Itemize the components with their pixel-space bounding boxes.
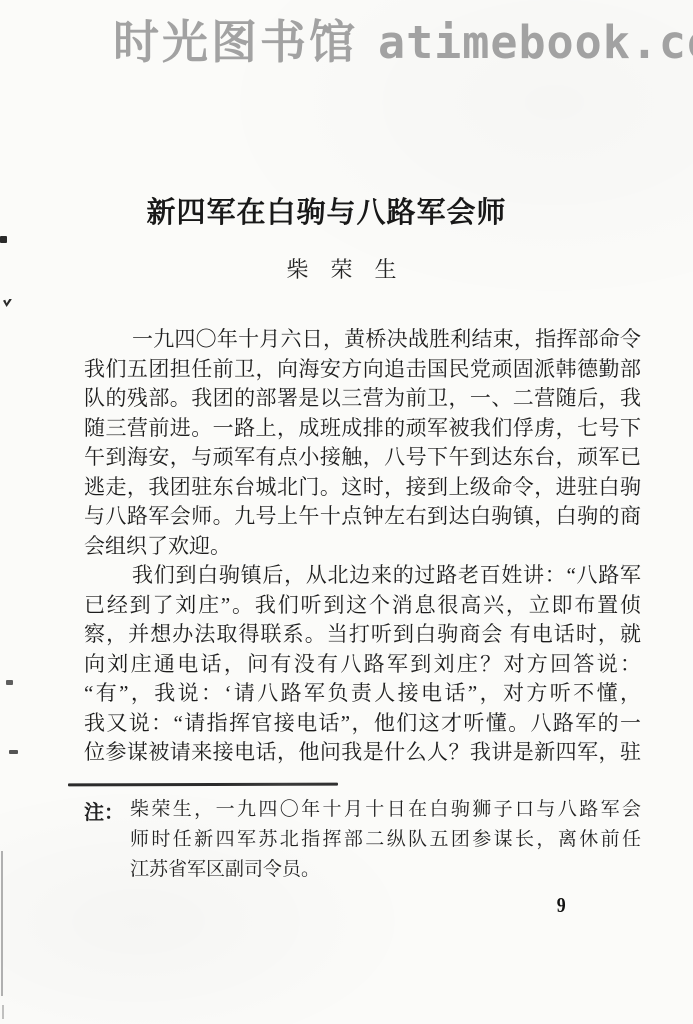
body-text: 一九四〇年十月六日，黄桥决战胜利结束，指挥部命令我们五团担任前卫，向海安方向追击… bbox=[84, 325, 641, 768]
scan-edge-line bbox=[1, 851, 3, 996]
watermark-site-name: atimebook.com bbox=[378, 16, 693, 69]
scan-speck bbox=[6, 680, 13, 685]
body-text-line: 位参谋被请来接电话，他问我是什么人？我讲是新四军，驻 bbox=[84, 738, 641, 768]
body-text-line: 午到海安，与顽军有点小接触，八号下午到达东台，顽军已 bbox=[84, 443, 641, 473]
body-text-line: 向刘庄通电话，问有没有八路军到刘庄？对方回答说： bbox=[84, 650, 641, 680]
body-text-line: 已经到了刘庄”。我们听到这个消息很高兴，立即布置侦 bbox=[84, 591, 641, 621]
footnote-rule bbox=[68, 783, 338, 786]
body-text-line: 我们到白驹镇后，从北边来的过路老百姓讲：“八路军 bbox=[84, 561, 641, 591]
article-author: 柴 荣 生 bbox=[0, 253, 683, 284]
body-text-line: 我又说：“请指挥官接电话”，他们这才听懂。八路军的一 bbox=[84, 709, 641, 739]
footnote-line: 师时任新四军苏北指挥部二纵队五团参谋长，离休前任 bbox=[130, 825, 641, 855]
footnote: 注： 柴荣生，一九四〇年十月十日在白驹狮子口与八路军会师时任新四军苏北指挥部二纵… bbox=[84, 795, 641, 885]
body-text-line: 察，并想办法取得联系。当打听到白驹商会 有电话时，就 bbox=[84, 620, 641, 650]
footnote-lines: 柴荣生，一九四〇年十月十日在白驹狮子口与八路军会师时任新四军苏北指挥部二纵队五团… bbox=[130, 795, 641, 885]
watermark-library-name: 时光图书馆 bbox=[113, 6, 358, 72]
body-text-line: “有”，我说：‘请八路军负责人接电话”，对方听不懂， bbox=[84, 679, 641, 709]
scan-speck bbox=[9, 750, 18, 754]
footnote-line: 柴荣生，一九四〇年十月十日在白驹狮子口与八路军会 bbox=[130, 795, 641, 825]
scan-speck bbox=[0, 236, 7, 243]
body-text-line: 会组织了欢迎。 bbox=[84, 532, 641, 562]
scanned-book-page: 时光图书馆 atimebook.com 新四军在白驹与八路军会师 柴 荣 生 一… bbox=[0, 0, 693, 1024]
scan-speck bbox=[3, 299, 12, 307]
scan-edge-line bbox=[2, 1005, 4, 1019]
footnote-label: 注： bbox=[84, 796, 124, 825]
body-text-line: 随三营前进。一路上，成班成排的顽军被我们俘虏，七号下 bbox=[84, 414, 641, 444]
article-title: 新四军在白驹与八路军会师 bbox=[0, 190, 653, 231]
body-text-line: 与八路军会师。九号上午十点钟左右到达白驹镇，白驹的商 bbox=[84, 502, 641, 532]
body-text-line: 一九四〇年十月六日，黄桥决战胜利结束，指挥部命令 bbox=[84, 325, 641, 355]
footnote-line: 江苏省军区副司令员。 bbox=[130, 855, 641, 885]
watermark: 时光图书馆 atimebook.com bbox=[113, 6, 693, 72]
body-text-line: 我们五团担任前卫，向海安方向追击国民党顽固派韩德勤部 bbox=[84, 355, 641, 385]
body-text-line: 逃走，我团驻东台城北门。这时，接到上级命令，进驻白驹 bbox=[84, 473, 641, 503]
page-number: 9 bbox=[557, 893, 566, 918]
body-text-line: 队的残部。我团的部署是以三营为前卫，一、二营随后，我 bbox=[84, 384, 641, 414]
